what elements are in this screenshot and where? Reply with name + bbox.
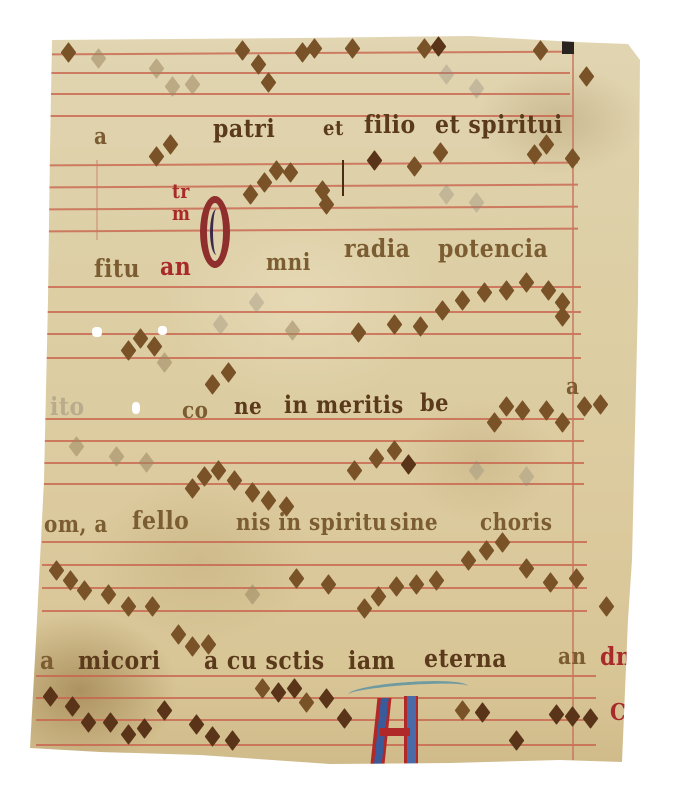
text-line-4-fello: fello (132, 506, 189, 536)
text-line-4-nis-in-spiritu: nis in spiritu (236, 508, 387, 536)
text-line-5-eterna: eterna (424, 644, 507, 674)
text-line-3-co: co (182, 396, 209, 424)
text-line-3-be: be (420, 388, 449, 417)
text-line-2-fitu: fitu (94, 254, 140, 284)
text-line-5-micori: micori (78, 646, 161, 676)
text-line-1-a: a (94, 122, 107, 150)
text-line-3-a: a (566, 372, 579, 400)
parchment: a patri et filio et spiritui tr m fitu a… (0, 0, 688, 800)
rubric-m: m (172, 203, 191, 226)
rubric-tr: tr (172, 181, 190, 204)
text-line-4-choris: choris (480, 508, 552, 536)
text-line-2-mni: mni (266, 248, 311, 276)
margin-rubric-dna: dna (600, 642, 647, 672)
text-line-2-an: an (160, 252, 191, 282)
text-line-5-an: an (558, 642, 587, 670)
text-line-3-in-meritis: in meritis (284, 390, 404, 419)
text-line-1-filio: filio (364, 110, 416, 140)
text-line-4-sine: sine (390, 508, 438, 536)
margin-rubric-cm: Cm (610, 698, 648, 726)
initial-a-letter (368, 688, 428, 764)
margin-ruling-left (96, 160, 98, 240)
text-line-1-et: et (323, 116, 344, 140)
text-line-3-ne: ne (234, 392, 262, 420)
text-line-4-om-a: om, a (44, 510, 108, 538)
manuscript-leaf: a patri et filio et spiritui tr m fitu a… (0, 0, 688, 800)
initial-o-letter (200, 196, 230, 268)
text-line-2-potencia: potencia (438, 234, 548, 264)
text-line-2-radia: radia (344, 234, 410, 264)
text-line-5-a: a (40, 646, 55, 676)
text-line-5-a-cu-sctis: a cu sctis (204, 646, 325, 676)
text-line-3-ito: ito (50, 392, 85, 422)
text-line-5-iam: iam (348, 646, 395, 676)
text-line-1-patri: patri (213, 114, 275, 144)
